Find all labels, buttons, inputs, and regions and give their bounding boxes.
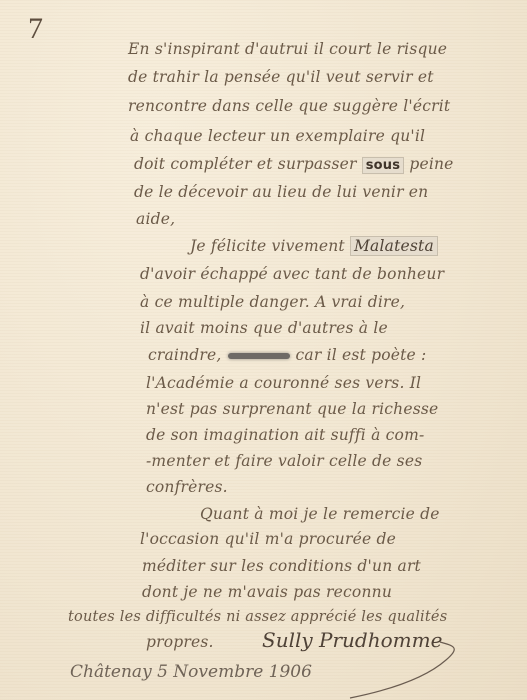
letter-line-text: peine (404, 155, 453, 173)
letter-line: En s'inspirant d'autrui il court le risq… (128, 40, 447, 58)
letter-page: 7 En s'inspirant d'autrui il court le ri… (0, 0, 527, 700)
letter-line: toutes les difficultés ni assez apprécié… (68, 609, 447, 625)
name-patch-malatesta: Malatesta (350, 236, 438, 256)
letter-line: -menter et faire valoir celle de ses (146, 452, 422, 470)
letter-line: dont je ne m'avais pas reconnu (142, 583, 392, 601)
letter-line: propres. (146, 633, 214, 651)
letter-line: de son imagination ait suffi à com- (146, 426, 424, 444)
letter-line: Quant à moi je le remercie de (200, 505, 440, 523)
letter-line: de trahir la pensée qu'il veut servir et (128, 68, 434, 86)
letter-line: de le décevoir au lieu de lui venir en (134, 183, 428, 201)
letter-line: l'occasion qu'il m'a procurée de (140, 530, 396, 548)
letter-line: d'avoir échappé avec tant de bonheur (140, 265, 444, 283)
letter-line: à ce multiple danger. A vrai dire, (140, 293, 405, 311)
letter-line: n'est pas surprenant que la richesse (146, 400, 438, 418)
letter-line: confrères. (146, 478, 228, 496)
letter-line: aide, (136, 210, 175, 228)
letter-line: méditer sur les conditions d'un art (142, 557, 421, 575)
scratched-out-word (228, 353, 290, 359)
letter-line: craindre,car il est poète : (148, 346, 426, 364)
letter-line: il avait moins que d'autres à le (140, 319, 388, 337)
place-date: Châtenay 5 Novembre 1906 (70, 662, 312, 682)
letter-line-text: doit compléter et surpasser (134, 155, 362, 173)
letter-line-text: car il est poète : (296, 346, 427, 364)
letter-line: doit compléter et surpasser sous peine (134, 155, 454, 173)
letter-line: rencontre dans celle que suggère l'écrit (128, 97, 450, 115)
letter-line-text: Je félicite vivement (190, 237, 350, 255)
letter-line-text: craindre, (148, 346, 222, 364)
letter-line: à chaque lecteur un exemplaire qu'il (130, 127, 425, 145)
letter-line: l'Académie a couronné ses vers. Il (146, 374, 421, 392)
correction-patch: sous (362, 157, 404, 174)
signature-flourish-icon (330, 628, 470, 700)
page-number: 7 (28, 12, 43, 46)
letter-line: Je félicite vivement Malatesta (190, 237, 438, 255)
